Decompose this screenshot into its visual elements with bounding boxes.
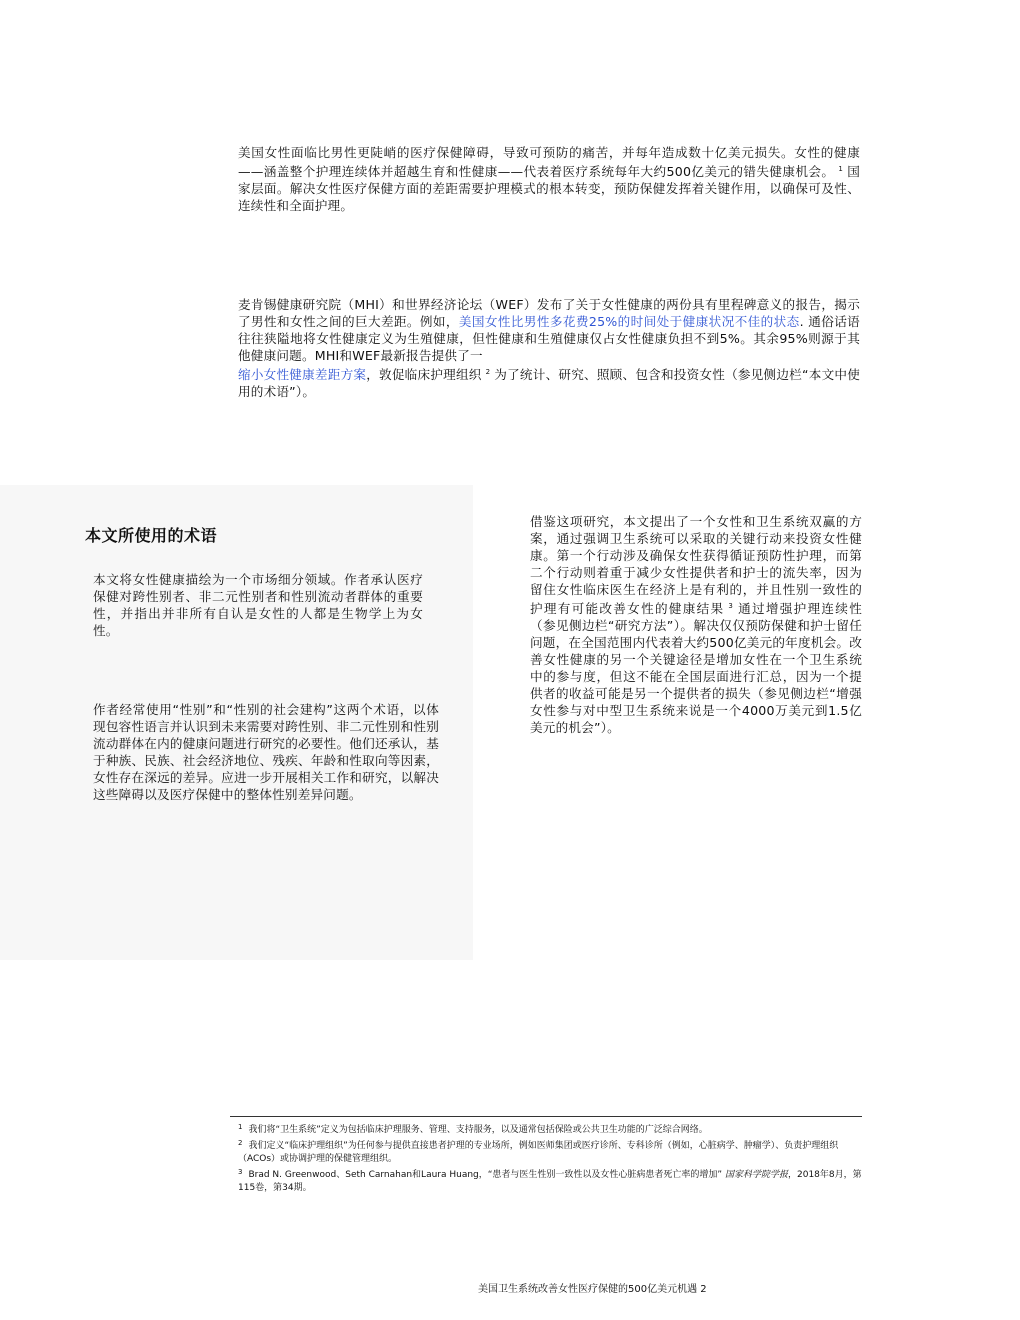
sidebar-paragraph-2: 作者经常使用“性别”和“性别的社会建构”这两个术语，以体现包容性语言并认识到未来… <box>93 701 439 803</box>
page-footer: 美国卫生系统改善女性医疗保健的500亿美元机遇 2 <box>478 1283 707 1297</box>
terminology-sidebar: 本文所使用的术语 本文将女性健康描绘为一个市场细分领域。作者承认医疗保健对跨性别… <box>0 485 473 960</box>
footnote-ref-1[interactable]: 1 <box>838 165 843 173</box>
footnote-3: 3Brad N. Greenwood、Seth Carnahan和Laura H… <box>230 1166 862 1195</box>
intro-paragraph-1: 美国女性面临比男性更陡峭的医疗保健障碍，导致可预防的痛苦，并每年造成数十亿美元损… <box>238 144 860 214</box>
footnote-ref-2[interactable]: 2 <box>486 368 491 376</box>
link-closing-health-gap[interactable]: 缩小女性健康差距方案 <box>238 367 366 382</box>
footnote-2: 2我们定义“临床护理组织”为任何参与提供直接患者护理的专业场所，例如医师集团或医… <box>230 1137 862 1166</box>
footnote-number: 3 <box>238 1168 242 1176</box>
intro-paragraph-2: 麦肯锡健康研究院（MHI）和世界经济论坛（WEF）发布了关于女性健康的两份具有里… <box>238 296 860 400</box>
link-women-poor-health-time[interactable]: 美国女性比男性多花费25%的时间处于健康状况不佳的状态 <box>459 314 800 329</box>
footnote-number: 1 <box>238 1123 242 1131</box>
footnotes: 1我们将“卫生系统”定义为包括临床护理服务、管理、支持服务，以及通常包括保险或公… <box>230 1116 862 1195</box>
column2-text-cont: 通过增强护理连续性（参见侧边栏“研究方法”）。解决仅仅预防保健和护士留任问题，在… <box>530 601 862 735</box>
sidebar-paragraph-1: 本文将女性健康描绘为一个市场细分领域。作者承认医疗保健对跨性别者、非二元性别者和… <box>93 571 423 639</box>
footnote-text: Brad N. Greenwood、Seth Carnahan和Laura Hu… <box>248 1170 722 1180</box>
intro-p2-text-3: ，敦促临床护理组织 <box>366 367 481 382</box>
column2-paragraph: 借鉴这项研究，本文提出了一个女性和卫生系统双赢的方案，通过强调卫生系统可以采取的… <box>530 513 862 736</box>
footnote-text: 我们定义“临床护理组织”为任何参与提供直接患者护理的专业场所，例如医师集团或医疗… <box>238 1141 838 1164</box>
footnote-1: 1我们将“卫生系统”定义为包括临床护理服务、管理、支持服务，以及通常包括保险或公… <box>230 1121 862 1137</box>
footnote-ref-3[interactable]: 3 <box>728 602 733 610</box>
journal-name: 国家科学院学报 <box>725 1170 788 1180</box>
intro-p1-text: 美国女性面临比男性更陡峭的医疗保健障碍，导致可预防的痛苦，并每年造成数十亿美元损… <box>238 145 860 179</box>
footnote-text: 我们将“卫生系统”定义为包括临床护理服务、管理、支持服务，以及通常包括保险或公共… <box>248 1125 707 1135</box>
sidebar-title: 本文所使用的术语 <box>85 525 217 547</box>
footnote-number: 2 <box>238 1139 242 1147</box>
